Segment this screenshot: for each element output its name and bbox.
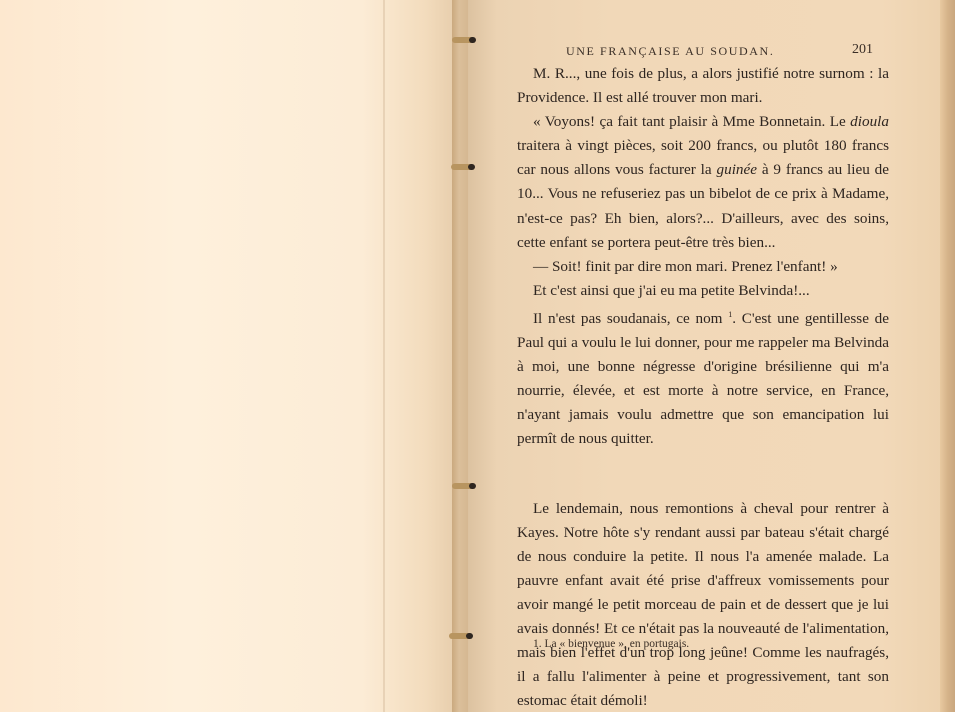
- paragraph: Le lendemain, nous remontions à cheval p…: [517, 497, 889, 712]
- binding-stitch-icon: [451, 164, 473, 170]
- page-edge: [940, 0, 955, 712]
- italic-term: guinée: [717, 161, 757, 178]
- section-break: [517, 452, 889, 497]
- paragraph: Il n'est pas soudanais, ce nom 1. C'est …: [517, 303, 889, 452]
- paragraph: Et c'est ainsi que j'ai eu ma petite Bel…: [517, 279, 889, 303]
- italic-term: dioula: [850, 113, 889, 130]
- footnote: 1. La « bienvenue », en portugais.: [533, 638, 689, 650]
- paragraph: — Soit! finit par dire mon mari. Prenez …: [517, 255, 889, 279]
- left-page-fold: [383, 0, 385, 712]
- body-text: M. R..., une fois de plus, a alors justi…: [517, 62, 889, 712]
- page-number: 201: [852, 42, 873, 58]
- paragraph: M. R..., une fois de plus, a alors justi…: [517, 62, 889, 110]
- running-head: UNE FRANÇAISE AU SOUDAN.: [566, 44, 774, 59]
- binding-stitch-icon: [452, 483, 474, 489]
- binding-stitch-icon: [452, 37, 474, 43]
- binding-stitch-icon: [449, 633, 471, 639]
- paragraph: « Voyons! ça fait tant plaisir à Mme Bon…: [517, 110, 889, 255]
